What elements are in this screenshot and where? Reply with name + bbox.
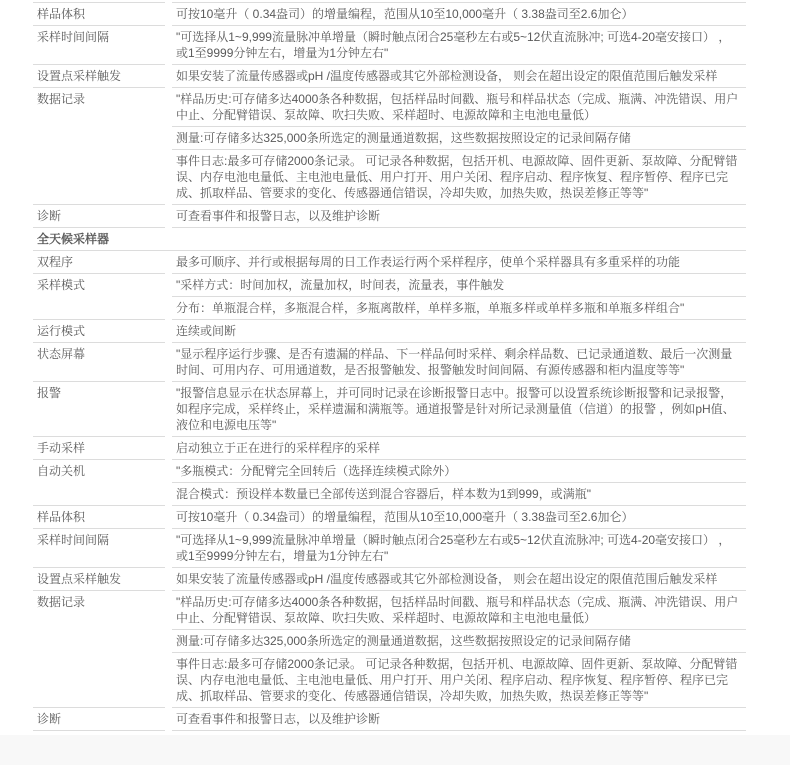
spec-value: 连续或间断	[172, 320, 746, 343]
spec-value: 事件日志:最多可存储2000条记录。 可记录各种数据，包括开机、电源故障、固件更…	[172, 653, 746, 708]
spec-label: 采样时间间隔	[33, 26, 165, 65]
table-row: 诊断 可查看事件和报警日志，以及维护诊断	[33, 205, 746, 228]
table-row: 采样时间间隔 "可选择从1~9,999流量脉冲单增量（瞬时触点闭合25毫秒左右或…	[33, 529, 746, 568]
table-row: 采样时间间隔 "可选择从1~9,999流量脉冲单增量（瞬时触点闭合25毫秒左右或…	[33, 26, 746, 65]
spec-label: 采样模式	[33, 274, 165, 320]
spec-value: 如果安装了流量传感器或pH /温度传感器或其它外部检测设备， 则会在超出设定的限…	[172, 568, 746, 591]
spec-label: 设置点采样触发	[33, 568, 165, 591]
spec-value: 可按10毫升（ 0.34盎司）的增量编程，范围从10至10,000毫升（ 3.3…	[172, 2, 746, 26]
table-row: 手动采样 启动独立于正在进行的采样程序的采样	[33, 437, 746, 460]
spec-label: 设置点采样触发	[33, 65, 165, 88]
spec-label: 双程序	[33, 251, 165, 274]
spec-value: "显示程序运行步骤、是否有遗漏的样品、下一样品何时采样、剩余样品数、已记录通道数…	[172, 343, 746, 382]
spec-value: 可按10毫升（ 0.34盎司）的增量编程，范围从10至10,000毫升（ 3.3…	[172, 506, 746, 529]
spec-value: "样品历史:可存储多达4000条各种数据，包括样品时间戳、瓶号和样品状态（完成、…	[172, 591, 746, 630]
table-row: 运行模式 连续或间断	[33, 320, 746, 343]
spec-label: 手动采样	[33, 437, 165, 460]
table-row: 诊断 可查看事件和报警日志，以及维护诊断	[33, 708, 746, 731]
spec-label: 数据记录	[33, 88, 165, 205]
spec-value: 最多可顺序、并行或根据每周的日工作表运行两个采样程序，使单个采样器具有多重采样的…	[172, 251, 746, 274]
spec-label: 诊断	[33, 205, 165, 228]
spec-value: 可查看事件和报警日志，以及维护诊断	[172, 708, 746, 731]
spec-label: 采样时间间隔	[33, 529, 165, 568]
spec-value: "可选择从1~9,999流量脉冲单增量（瞬时触点闭合25毫秒左右或5~12伏直流…	[172, 26, 746, 65]
table-row: 样品体积 可按10毫升（ 0.34盎司）的增量编程，范围从10至10,000毫升…	[33, 2, 746, 26]
table-row: 状态屏幕 "显示程序运行步骤、是否有遗漏的样品、下一样品何时采样、剩余样品数、已…	[33, 343, 746, 382]
spec-value: "样品历史:可存储多达4000条各种数据，包括样品时间戳、瓶号和样品状态（完成、…	[172, 88, 746, 127]
spec-label: 报警	[33, 382, 165, 437]
spec-label: 自动关机	[33, 460, 165, 506]
table-row: 采样模式 "采样方式：时间加权，流量加权，时间表，流量表，事件触发	[33, 274, 746, 297]
spec-value: 事件日志:最多可存储2000条记录。 可记录各种数据，包括开机、电源故障、固件更…	[172, 150, 746, 205]
spec-value: "采样方式：时间加权，流量加权，时间表，流量表，事件触发	[172, 274, 746, 297]
spec-label: 数据记录	[33, 591, 165, 708]
table-row: 数据记录 "样品历史:可存储多达4000条各种数据，包括样品时间戳、瓶号和样品状…	[33, 88, 746, 127]
spec-label: 样品体积	[33, 506, 165, 529]
spec-page: 样品体积 可按10毫升（ 0.34盎司）的增量编程，范围从10至10,000毫升…	[0, 0, 790, 773]
table-row: 设置点采样触发 如果安装了流量传感器或pH /温度传感器或其它外部检测设备， 则…	[33, 568, 746, 591]
spec-label: 诊断	[33, 708, 165, 731]
table-row: 双程序 最多可顺序、并行或根据每周的日工作表运行两个采样程序，使单个采样器具有多…	[33, 251, 746, 274]
table-row: 设置点采样触发 如果安装了流量传感器或pH /温度传感器或其它外部检测设备， 则…	[33, 65, 746, 88]
spec-value: "多瓶模式：分配臂完全回转后（选择连续模式除外）	[172, 460, 746, 483]
spec-value: 可查看事件和报警日志，以及维护诊断	[172, 205, 746, 228]
spec-value: 分布：单瓶混合样，多瓶混合样，多瓶离散样，单样多瓶，单瓶多样或单样多瓶和单瓶多样…	[172, 297, 746, 320]
table-row: 样品体积 可按10毫升（ 0.34盎司）的增量编程，范围从10至10,000毫升…	[33, 506, 746, 529]
footer-band	[0, 735, 790, 765]
spec-label: 样品体积	[33, 2, 165, 26]
spec-value: 启动独立于正在进行的采样程序的采样	[172, 437, 746, 460]
spec-value: "可选择从1~9,999流量脉冲单增量（瞬时触点闭合25毫秒左右或5~12伏直流…	[172, 529, 746, 568]
section-header-all-weather-sampler: 全天候采样器	[33, 228, 746, 251]
specification-table: 样品体积 可按10毫升（ 0.34盎司）的增量编程，范围从10至10,000毫升…	[26, 2, 753, 731]
spec-value: "报警信息显示在状态屏幕上，并可同时记录在诊断报警日志中。报警可以设置系统诊断报…	[172, 382, 746, 437]
spec-value: 如果安装了流量传感器或pH /温度传感器或其它外部检测设备， 则会在超出设定的限…	[172, 65, 746, 88]
table-row: 全天候采样器	[33, 228, 746, 251]
spec-label: 状态屏幕	[33, 343, 165, 382]
table-row: 报警 "报警信息显示在状态屏幕上，并可同时记录在诊断报警日志中。报警可以设置系统…	[33, 382, 746, 437]
spec-value: 测量:可存储多达325,000条所选定的测量通道数据，这些数据按照设定的记录间隔…	[172, 630, 746, 653]
table-row: 自动关机 "多瓶模式：分配臂完全回转后（选择连续模式除外）	[33, 460, 746, 483]
spec-value: 测量:可存储多达325,000条所选定的测量通道数据，这些数据按照设定的记录间隔…	[172, 127, 746, 150]
spec-value: 混合模式：预设样本数量已全部传送到混合容器后，样本数为1到999，或满瓶"	[172, 483, 746, 506]
spec-label: 运行模式	[33, 320, 165, 343]
table-row: 数据记录 "样品历史:可存储多达4000条各种数据，包括样品时间戳、瓶号和样品状…	[33, 591, 746, 630]
